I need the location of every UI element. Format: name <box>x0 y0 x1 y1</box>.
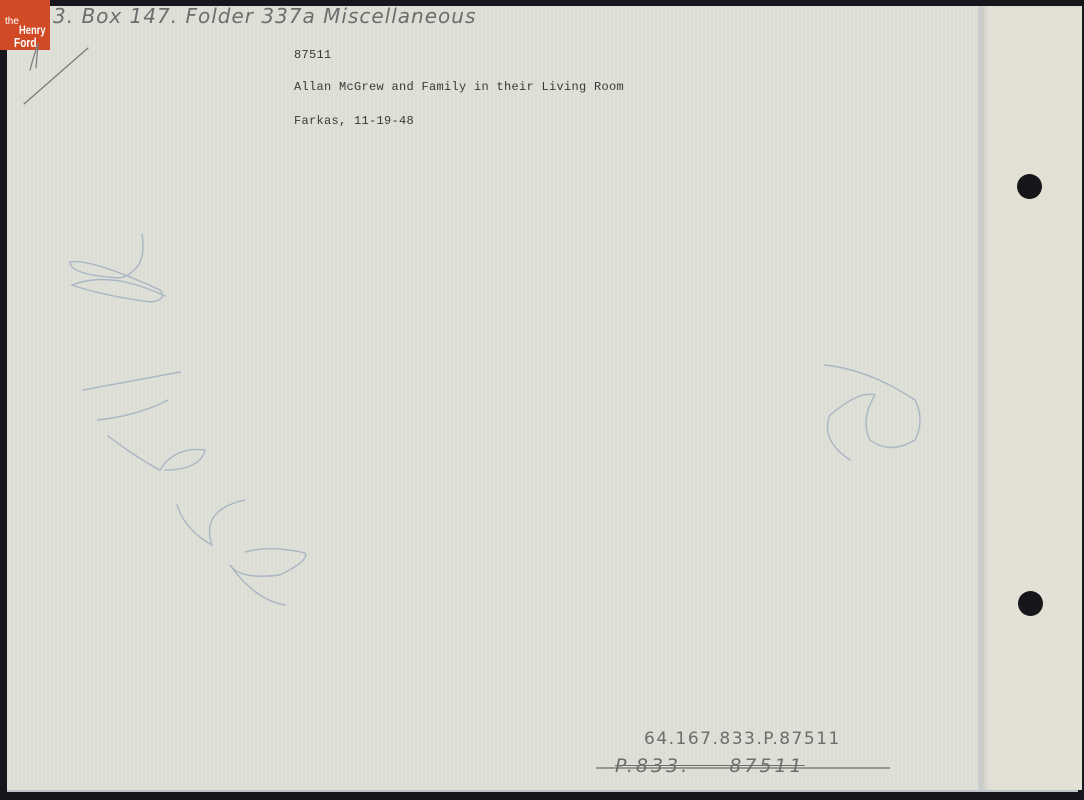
faint-blue-pencil-scribbles <box>70 234 920 605</box>
pencil-marks <box>0 0 1084 800</box>
